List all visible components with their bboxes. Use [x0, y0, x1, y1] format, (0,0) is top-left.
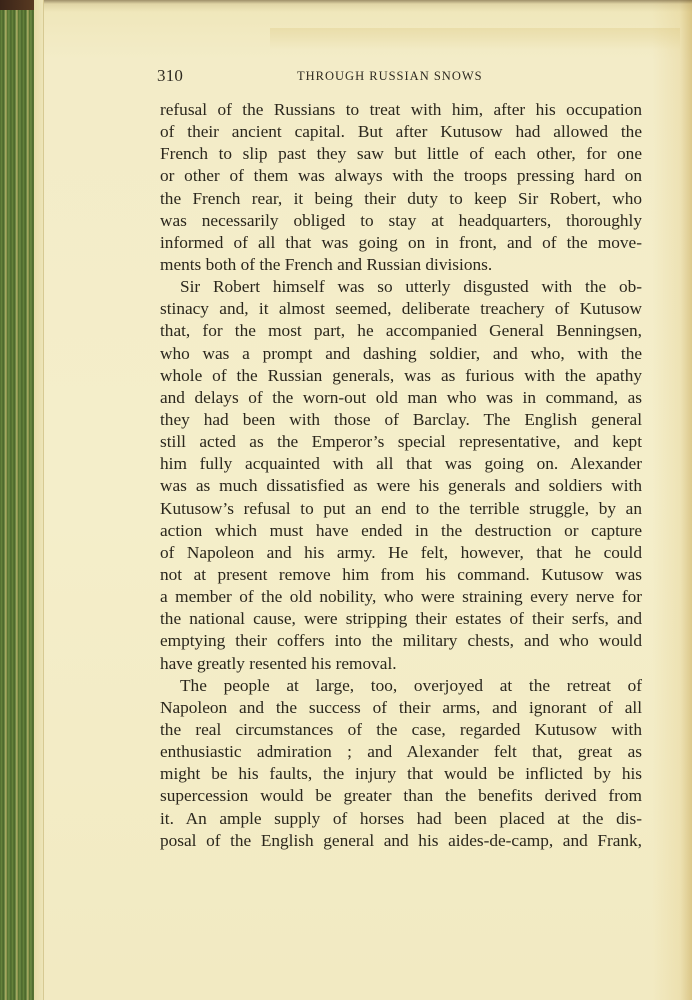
text-line: refusal of the Russians to treat with hi…: [160, 99, 642, 121]
text-line: Napoleon and the success of their arms, …: [160, 697, 642, 719]
text-line: and delays of the worn-out old man who w…: [160, 387, 642, 409]
text-line: the national cause, were stripping their…: [160, 608, 642, 630]
text-line: Sir Robert himself was so utterly disgus…: [160, 276, 642, 298]
text-line: action which must have ended in the dest…: [160, 520, 642, 542]
running-header: 310 THROUGH RUSSIAN SNOWS: [157, 66, 642, 86]
page-gutter: [34, 0, 44, 1000]
text-line: have greatly resented his removal.: [160, 653, 642, 675]
text-line: a member of the old nobility, who were s…: [160, 586, 642, 608]
running-title: THROUGH RUSSIAN SNOWS: [297, 69, 483, 84]
text-line: still acted as the Emperor’s special rep…: [160, 431, 642, 453]
text-line: him fully acquainted with all that was g…: [160, 453, 642, 475]
text-line: informed of all that was going on in fro…: [160, 232, 642, 254]
text-line: enthusiastic admiration ; and Alexander …: [160, 741, 642, 763]
text-line: not at present remove him from his comma…: [160, 564, 642, 586]
text-line: that, for the most part, he accompanied …: [160, 320, 642, 342]
text-line: was necessarily obliged to stay at headq…: [160, 210, 642, 232]
text-line: of their ancient capital. But after Kutu…: [160, 121, 642, 143]
text-line: emptying their coffers into the military…: [160, 630, 642, 652]
text-line: they had been with those of Barclay. The…: [160, 409, 642, 431]
text-line: Kutusow’s refusal to put an end to the t…: [160, 498, 642, 520]
book-spine-edge: [0, 0, 34, 1000]
body-text: refusal of the Russians to treat with hi…: [160, 99, 642, 852]
text-line: the real circumstances of the case, rega…: [160, 719, 642, 741]
text-line: it. An ample supply of horses had been p…: [160, 808, 642, 830]
text-line: might be his faults, the injury that wou…: [160, 763, 642, 785]
text-line: supercession would be greater than the b…: [160, 785, 642, 807]
book-page: 310 THROUGH RUSSIAN SNOWS refusal of the…: [0, 0, 692, 1000]
text-line: stinacy and, it almost seemed, deliberat…: [160, 298, 642, 320]
text-line: who was a prompt and dashing soldier, an…: [160, 343, 642, 365]
text-line: was as much dissatisfied as were his gen…: [160, 475, 642, 497]
text-line: the French rear, it being their duty to …: [160, 188, 642, 210]
text-line: The people at large, too, overjoyed at t…: [160, 675, 642, 697]
text-line: of Napoleon and his army. He felt, howev…: [160, 542, 642, 564]
text-line: or other of them was always with the tro…: [160, 165, 642, 187]
page-number: 310: [157, 66, 183, 86]
text-line: posal of the English general and his aid…: [160, 830, 642, 852]
page-top-shadow: [270, 28, 680, 50]
text-line: whole of the Russian generals, was as fu…: [160, 365, 642, 387]
text-line: French to slip past they saw but little …: [160, 143, 642, 165]
text-line: ments both of the French and Russian div…: [160, 254, 642, 276]
book-cover-corner: [0, 0, 36, 10]
